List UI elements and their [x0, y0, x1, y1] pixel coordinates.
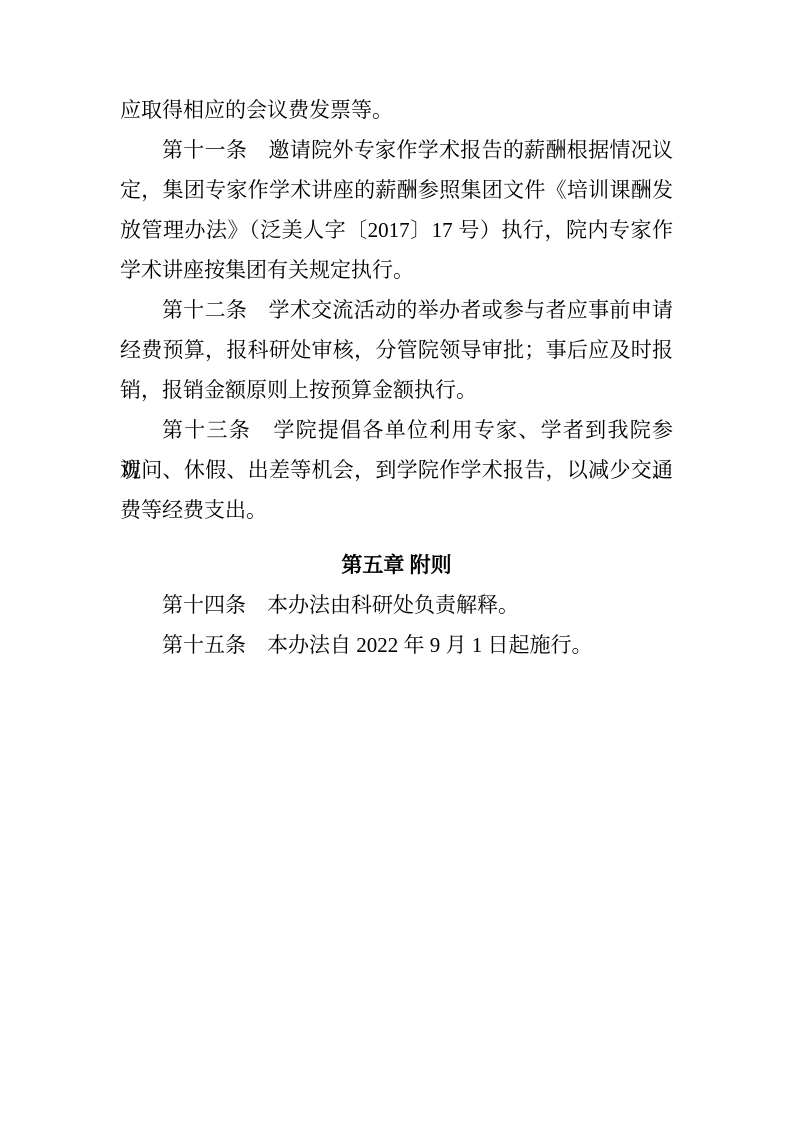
article-15-line-1: 第十五条 本办法自 2022 年 9 月 1 日起施行。 [120, 625, 673, 665]
document-body: 应取得相应的会议费发票等。 第十一条 邀请院外专家作学术报告的薪酬根据情况议 定… [120, 90, 673, 665]
article-13-line-3: 费等经费支出。 [120, 490, 673, 530]
article-11-line-2: 定，集团专家作学术讲座的薪酬参照集团文件《培训课酬发 [120, 170, 673, 210]
article-13-line-2: 访问、休假、出差等机会，到学院作学术报告，以减少交通 [120, 450, 673, 490]
paragraph-continuation-line: 应取得相应的会议费发票等。 [120, 90, 673, 130]
article-11-line-3: 放管理办法》（泛美人字〔2017〕17 号）执行，院内专家作 [120, 210, 673, 250]
article-11-line-4: 学术讲座按集团有关规定执行。 [120, 250, 673, 290]
article-12-line-1: 第十二条 学术交流活动的举办者或参与者应事前申请 [120, 290, 673, 330]
document-page: 应取得相应的会议费发票等。 第十一条 邀请院外专家作学术报告的薪酬根据情况议 定… [0, 0, 793, 1122]
article-12-line-2: 经费预算，报科研处审核，分管院领导审批；事后应及时报 [120, 330, 673, 370]
article-11-line-1: 第十一条 邀请院外专家作学术报告的薪酬根据情况议 [120, 130, 673, 170]
article-13-line-1: 第十三条 学院提倡各单位利用专家、学者到我院参观、 [120, 410, 673, 450]
article-14-line-1: 第十四条 本办法由科研处负责解释。 [120, 585, 673, 625]
chapter-5-heading: 第五章 附则 [120, 545, 673, 585]
article-12-line-3: 销，报销金额原则上按预算金额执行。 [120, 370, 673, 410]
